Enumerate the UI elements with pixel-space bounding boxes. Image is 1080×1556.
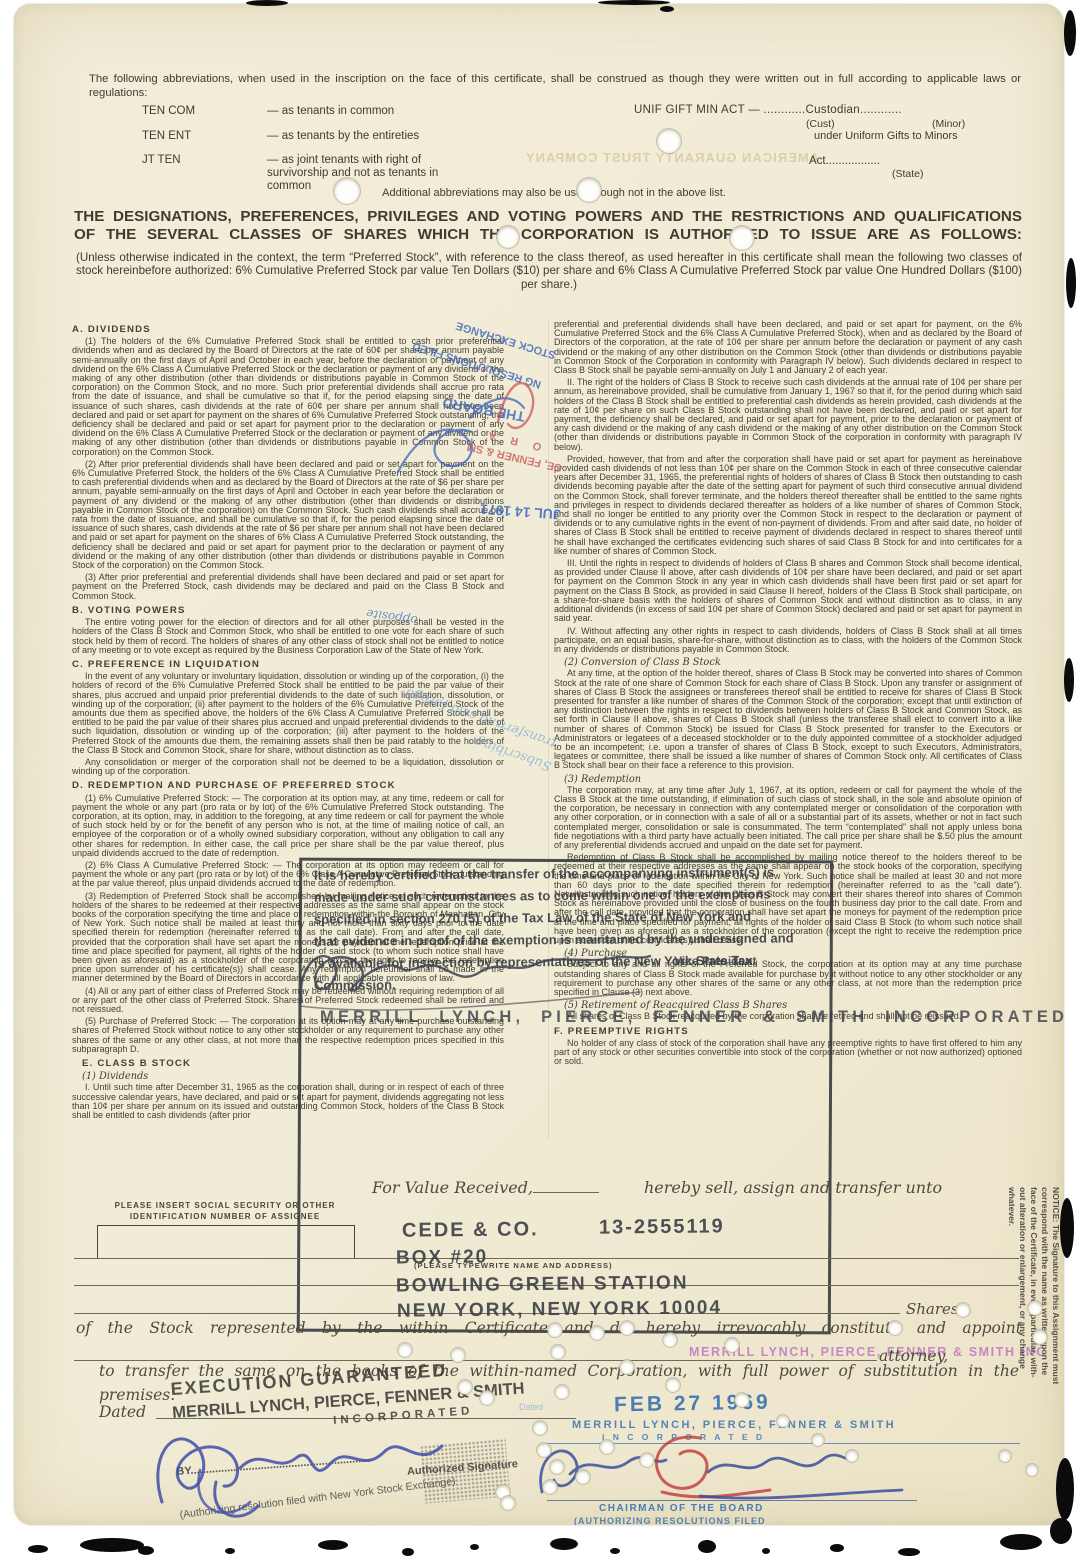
scan-fleck [898,1548,920,1556]
dated-ghost-stamp: Dated [519,1402,543,1412]
notice-line: whatever. [1006,1187,1017,1479]
notice-line: out alteration or enlargement, or any ch… [1017,1187,1028,1479]
scan-fleck [1066,258,1076,308]
scan-fleck [1056,1458,1074,1520]
scan-fleck [1064,10,1076,56]
abbrev-act: Act................. [809,155,880,167]
scan-fleck [1000,1534,1042,1550]
abbrev-unif-gift: UNIF GIFT MIN ACT — ............Custodia… [634,104,902,116]
abbrev-under-uniform: under Uniform Gifts to Minors [814,130,958,142]
punch-hole [576,1470,590,1484]
punch-hole [620,1360,634,1374]
section-d-heading: D. REDEMPTION AND PURCHASE OF PREFERRED … [72,781,504,790]
guarantor-incorporated-line: I N C O R P O R A T E D [602,1432,765,1442]
punch-hole [735,1393,749,1407]
abbrev-additional-note: Additional abbreviations may also be use… [314,187,794,199]
cede-stamp-number: 13-2555119 [599,1215,725,1239]
designations-heading-line2: OF THE SEVERAL CLASSES OF SHARES WHICH T… [74,226,1022,243]
punch-hole [501,1496,515,1510]
scan-fleck [402,1548,414,1556]
scan-fleck [698,1540,716,1553]
paragraph: (3) After prior preferential and prefere… [72,573,504,601]
punch-hole [537,1443,551,1457]
sell-assign-text: hereby sell, assign and transfer unto [644,1178,942,1197]
punch-hole [663,1333,677,1347]
scan-fleck [318,1540,348,1550]
cede-stamp-name: CEDE & CO. [402,1218,539,1242]
abbreviations-intro: The following abbreviations, when used i… [89,72,1021,100]
attorney-purple-stamp: MERRILL LYNCH, PIERCE, FENNER & SMITH IN… [689,1345,1047,1359]
paragraph: Provided, however, that from and after t… [554,455,1022,556]
scan-fleck [1064,658,1074,702]
ssn-instruction-line2: IDENTIFICATION NUMBER OF ASSIGNEE [89,1212,361,1221]
punch-hole [334,178,360,204]
paragraph: Any consolidation or merger of the corpo… [72,758,504,776]
paragraph: The corporation may, at any time after J… [554,786,1022,850]
tax-stamp-company-line: MERRILL LYNCH, PIERCE, FENNER & SMITH IN… [320,1008,1064,1027]
punch-hole [551,1345,565,1359]
punch-hole [451,1348,465,1362]
punch-hole [497,226,519,248]
paragraph: (1) 6% Cumulative Preferred Stock: — The… [72,794,504,858]
punch-hole [1033,1330,1047,1344]
paragraph: preferential and preferential dividends … [554,320,1022,375]
abbrev-state-label: (State) [892,168,924,180]
conversion-subhead: (2) Conversion of Class B Stock [554,658,1022,667]
certificate-back-sheet: AMERICAN GUARANTY TRUST COMPANY The foll… [14,4,1064,1525]
cede-stamp-station: BOWLING GREEN STATION [396,1272,689,1297]
abbrev-jt-ten: JT TEN [142,154,181,166]
punch-hole [480,1391,494,1405]
punch-hole [657,129,681,153]
scan-fleck [550,1538,578,1550]
guarantor-rule [542,1443,1020,1444]
for-value-received-text: For Value Received, [372,1178,533,1197]
scan-fleck [138,1546,154,1555]
punch-hole [600,1440,614,1454]
punch-hole [1026,1464,1038,1476]
paragraph: At any time, at the option of the holder… [554,669,1022,770]
section-c-heading: C. PREFERENCE IN LIQUIDATION [72,660,504,669]
blank-rule [533,1192,599,1193]
scan-fleck [598,0,670,5]
punch-hole [777,1415,789,1427]
punch-hole [398,1343,412,1357]
punch-hole [620,1321,634,1335]
section-a-heading: A. DIVIDENDS [72,325,504,334]
punch-hole [730,226,754,250]
punch-hole [548,1323,562,1337]
punch-hole [1028,1301,1042,1315]
punch-hole [888,1321,902,1335]
abbrev-minor-label: (Minor) [932,118,965,130]
section-b-heading: B. VOTING POWERS [72,606,504,615]
paragraph: In the event of any voluntary or involun… [72,672,504,755]
punch-hole [543,1480,557,1494]
scan-fleck [660,6,674,12]
abbrev-ten-com: TEN COM [142,105,195,117]
scan-fleck [1050,1518,1072,1544]
punch-hole [999,1450,1011,1462]
punch-hole [577,178,601,202]
premises-text: premises. [99,1386,175,1404]
paragraph: II. The right of the holders of Class B … [554,378,1022,452]
punch-hole [725,1338,739,1352]
punch-hole [666,1378,680,1392]
scan-fleck [762,1548,770,1554]
scan-fleck [225,1548,235,1554]
scan-fleck [28,1545,48,1553]
punch-hole [550,1460,564,1474]
signature-underline [547,1500,917,1501]
paragraph: The entire voting power for the election… [72,618,504,655]
abbrev-ten-ent-def: — as tenants by the entireties [267,130,419,142]
punch-hole [846,1450,858,1462]
form-rule [74,1258,1019,1259]
paragraph: (2) After prior preferential dividends s… [72,460,504,570]
punch-hole [458,1380,472,1394]
punch-hole [956,1303,970,1317]
ssn-instruction-line1: PLEASE INSERT SOCIAL SECURITY OR OTHER [89,1201,361,1210]
for-value-received-line: For Value Received, [372,1178,599,1197]
abbrev-ten-ent: TEN ENT [142,130,191,142]
dated-label: Dated [99,1403,146,1421]
punch-hole [812,1434,824,1446]
abbrev-cust-label: (Cust) [806,118,835,130]
punch-hole [590,1326,604,1340]
designations-heading-line1: THE DESIGNATIONS, PREFERENCES, PRIVILEGE… [74,208,1022,225]
paragraph: IV. Without affecting any other rights i… [554,627,1022,655]
scan-fleck [246,0,288,6]
punch-hole [555,1385,569,1399]
scan-fleck [1060,1198,1074,1258]
scan-fleck [470,1544,479,1550]
vice-president-label: Vice President [674,954,757,968]
punch-hole [640,1453,654,1467]
scan-fleck [830,1544,844,1552]
scan-fleck [80,1538,144,1552]
abbrev-ten-com-def: — as tenants in common [267,105,394,117]
preamble-paragraph: (Unless otherwise indicated in the conte… [76,251,1022,291]
shares-label: Shares [906,1300,959,1318]
guarantor-firm-line: MERRILL LYNCH, PIERCE, FENNER & SMITH [572,1419,896,1431]
redemption-subhead: (3) Redemption [554,775,1022,784]
authorizing-resolutions-line1: (AUTHORIZING RESOLUTIONS FILED [574,1516,766,1525]
ssn-entry-box [97,1225,355,1259]
typewrite-instruction: (PLEASE TYPEWRITE NAME AND ADDRESS) [414,1261,613,1270]
punch-hole [533,1421,547,1435]
chairman-of-the-board-label: CHAIRMAN OF THE BOARD [599,1503,764,1514]
paragraph: III. Until the rights in respect to divi… [554,559,1022,623]
scan-fleck [610,1548,620,1554]
